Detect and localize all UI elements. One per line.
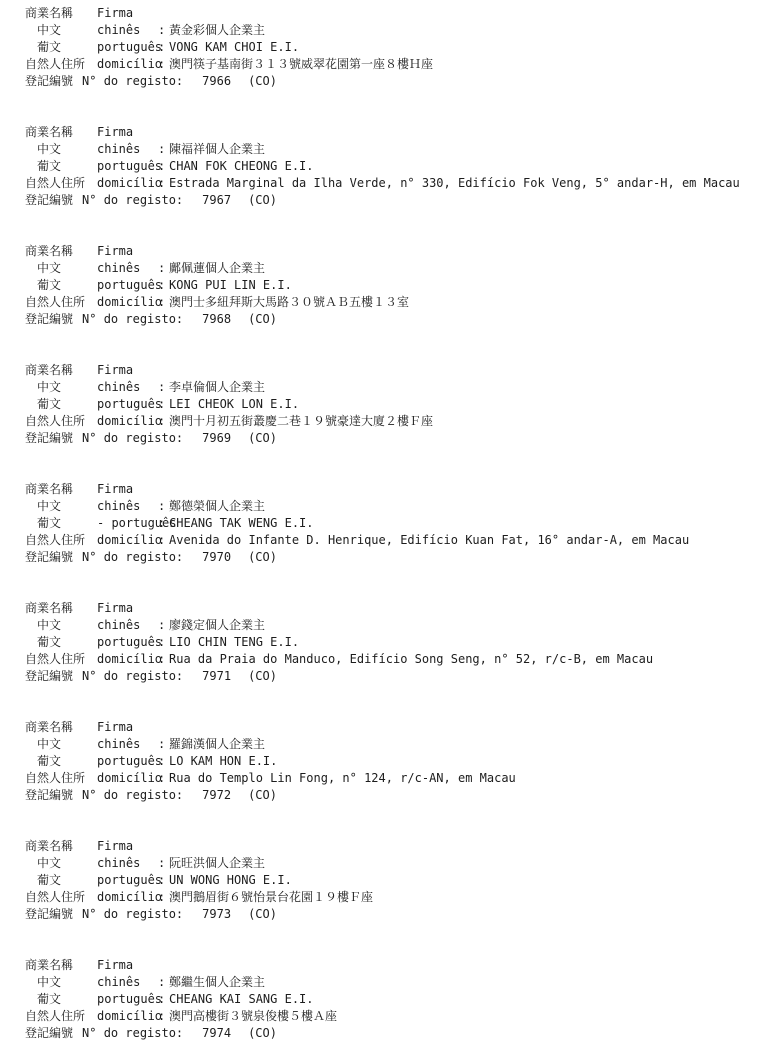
colon: : xyxy=(158,260,169,277)
domicile-row: 自然人住所domicílio:Rua do Templo Lin Fong, n… xyxy=(0,770,767,787)
domicile-label-zh: 自然人住所 xyxy=(25,413,97,430)
portuguese-name-value: LEI CHEOK LON E.I. xyxy=(169,396,299,413)
domicile-row: 自然人住所domicílio:澳門士多紐拜斯大馬路３０號ＡＢ五樓１３室 xyxy=(0,294,767,311)
domicile-value: 澳門高樓街３號泉俊樓５樓Ａ座 xyxy=(169,1008,337,1025)
chinese-label-zh: 中文 xyxy=(37,617,97,634)
chinese-name-row: 中文chinês:黃金彩個人企業主 xyxy=(0,22,767,39)
registry-label-pt: N° do registo: xyxy=(82,787,183,804)
colon: : xyxy=(158,396,169,413)
registry-label-zh: 登記編號 xyxy=(25,192,73,209)
chinese-label-pt: chinês xyxy=(97,855,158,872)
chinese-label-zh: 中文 xyxy=(37,141,97,158)
registry-label-zh: 登記編號 xyxy=(25,906,73,923)
registry-label-zh: 登記編號 xyxy=(25,430,73,447)
chinese-name-row: 中文chinês:阮旺洪個人企業主 xyxy=(0,855,767,872)
chinese-name-row: 中文chinês:鄺佩蓮個人企業主 xyxy=(0,260,767,277)
registry-number-value: 7966 xyxy=(202,73,231,90)
domicile-label-pt: domicílio xyxy=(97,294,158,311)
registry-suffix: (CO) xyxy=(248,549,277,566)
registry-record: 商業名稱Firma 中文chinês:鄭德榮個人企業主 葡文- portuguê… xyxy=(0,481,767,566)
domicile-label-pt: domicílio xyxy=(97,413,158,430)
domicile-value: Avenida do Infante D. Henrique, Edifício… xyxy=(169,532,689,549)
registry-record: 商業名稱Firma 中文chinês:廖錢定個人企業主 葡文português:… xyxy=(0,600,767,685)
registry-suffix: (CO) xyxy=(248,73,277,90)
domicile-label-pt: domicílio xyxy=(97,175,158,192)
colon: : xyxy=(158,294,169,311)
domicile-label-zh: 自然人住所 xyxy=(25,56,97,73)
registry-label-pt: N° do registo: xyxy=(82,906,183,923)
registry-number-row: 登記編號N° do registo:7972(CO) xyxy=(0,787,767,804)
registry-label-pt: N° do registo: xyxy=(82,668,183,685)
chinese-label-zh: 中文 xyxy=(37,498,97,515)
portuguese-label-zh: 葡文 xyxy=(37,396,97,413)
registry-record: 商業名稱Firma 中文chinês:鄭繼生個人企業主 葡文português:… xyxy=(0,957,767,1042)
chinese-label-zh: 中文 xyxy=(37,22,97,39)
registry-suffix: (CO) xyxy=(248,1025,277,1042)
firma-label-zh: 商業名稱 xyxy=(25,124,97,141)
registry-label-pt: N° do registo: xyxy=(82,1025,183,1042)
colon: : xyxy=(158,56,169,73)
registry-label-pt: N° do registo: xyxy=(82,311,183,328)
domicile-row: 自然人住所domicílio:Avenida do Infante D. Hen… xyxy=(0,532,767,549)
chinese-name-row: 中文chinês:鄭繼生個人企業主 xyxy=(0,974,767,991)
firma-label-pt: Firma xyxy=(97,243,133,260)
colon: : xyxy=(158,855,169,872)
registry-label-pt: N° do registo: xyxy=(82,549,183,566)
registry-label-zh: 登記編號 xyxy=(25,73,73,90)
registry-suffix: (CO) xyxy=(248,787,277,804)
chinese-name-value: 陳福祥個人企業主 xyxy=(169,141,265,158)
domicile-row: 自然人住所domicílio:澳門十月初五街叢慶二巷１９號豪達大廈２樓Ｆ座 xyxy=(0,413,767,430)
portuguese-label-pt: português xyxy=(97,39,158,56)
registry-record: 商業名稱Firma 中文chinês:陳福祥個人企業主 葡文português:… xyxy=(0,124,767,209)
firma-label-zh: 商業名稱 xyxy=(25,243,97,260)
registry-label-zh: 登記編號 xyxy=(25,787,73,804)
portuguese-name-value: UN WONG HONG E.I. xyxy=(169,872,292,889)
portuguese-name-row: 葡文português:LEI CHEOK LON E.I. xyxy=(0,396,767,413)
registry-number-row: 登記編號N° do registo:7973(CO) xyxy=(0,906,767,923)
portuguese-label-pt: - português xyxy=(97,515,158,532)
chinese-name-value: 阮旺洪個人企業主 xyxy=(169,855,265,872)
chinese-name-value: 黃金彩個人企業主 xyxy=(169,22,265,39)
chinese-label-zh: 中文 xyxy=(37,974,97,991)
firma-label-zh: 商業名稱 xyxy=(25,5,97,22)
registry-number-value: 7970 xyxy=(202,549,231,566)
firma-row: 商業名稱Firma xyxy=(0,957,767,974)
portuguese-label-zh: 葡文 xyxy=(37,872,97,889)
registry-suffix: (CO) xyxy=(248,906,277,923)
registry-number-row: 登記編號N° do registo:7968(CO) xyxy=(0,311,767,328)
chinese-name-value: 李卓倫個人企業主 xyxy=(169,379,265,396)
domicile-label-zh: 自然人住所 xyxy=(25,889,97,906)
chinese-name-row: 中文chinês:廖錢定個人企業主 xyxy=(0,617,767,634)
colon: : xyxy=(158,974,169,991)
firma-label-zh: 商業名稱 xyxy=(25,481,97,498)
domicile-label-zh: 自然人住所 xyxy=(25,651,97,668)
registry-number-value: 7967 xyxy=(202,192,231,209)
registry-label-pt: N° do registo: xyxy=(82,73,183,90)
colon: : xyxy=(158,39,169,56)
domicile-value: 澳門十月初五街叢慶二巷１９號豪達大廈２樓Ｆ座 xyxy=(169,413,433,430)
portuguese-label-pt: português xyxy=(97,991,158,1008)
chinese-label-pt: chinês xyxy=(97,498,158,515)
registry-number-value: 7968 xyxy=(202,311,231,328)
registry-record: 商業名稱Firma 中文chinês:鄺佩蓮個人企業主 葡文português:… xyxy=(0,243,767,328)
portuguese-name-value: CHEANG KAI SANG E.I. xyxy=(169,991,314,1008)
registry-record: 商業名稱Firma 中文chinês:黃金彩個人企業主 葡文português:… xyxy=(0,5,767,90)
firma-label-zh: 商業名稱 xyxy=(25,600,97,617)
portuguese-name-row: 葡文português:VONG KAM CHOI E.I. xyxy=(0,39,767,56)
registry-number-row: 登記編號N° do registo:7966(CO) xyxy=(0,73,767,90)
portuguese-label-pt: português xyxy=(97,158,158,175)
domicile-row: 自然人住所domicílio:澳門高樓街３號泉俊樓５樓Ａ座 xyxy=(0,1008,767,1025)
domicile-label-zh: 自然人住所 xyxy=(25,532,97,549)
domicile-row: 自然人住所domicílio:澳門筷子基南街３１３號威翠花園第一座８樓Ｈ座 xyxy=(0,56,767,73)
chinese-label-zh: 中文 xyxy=(37,855,97,872)
chinese-name-row: 中文chinês:陳福祥個人企業主 xyxy=(0,141,767,158)
firma-label-pt: Firma xyxy=(97,957,133,974)
portuguese-label-zh: 葡文 xyxy=(37,277,97,294)
portuguese-label-pt: português xyxy=(97,753,158,770)
registry-label-pt: N° do registo: xyxy=(82,192,183,209)
firma-row: 商業名稱Firma xyxy=(0,600,767,617)
firma-row: 商業名稱Firma xyxy=(0,719,767,736)
colon: : xyxy=(158,872,169,889)
colon: : xyxy=(158,617,169,634)
chinese-label-pt: chinês xyxy=(97,260,158,277)
domicile-value: 澳門筷子基南街３１３號威翠花園第一座８樓Ｈ座 xyxy=(169,56,433,73)
portuguese-name-value: CHEANG TAK WENG E.I. xyxy=(169,515,314,532)
firma-label-zh: 商業名稱 xyxy=(25,362,97,379)
registry-number-row: 登記編號N° do registo:7971(CO) xyxy=(0,668,767,685)
registry-number-value: 7971 xyxy=(202,668,231,685)
portuguese-name-value: LIO CHIN TENG E.I. xyxy=(169,634,299,651)
registry-label-pt: N° do registo: xyxy=(82,430,183,447)
portuguese-name-row: 葡文português:KONG PUI LIN E.I. xyxy=(0,277,767,294)
colon: : xyxy=(158,1008,169,1025)
chinese-label-pt: chinês xyxy=(97,379,158,396)
firma-label-pt: Firma xyxy=(97,124,133,141)
registry-number-row: 登記編號N° do registo:7967(CO) xyxy=(0,192,767,209)
domicile-value: Rua do Templo Lin Fong, n° 124, r/c-AN, … xyxy=(169,770,516,787)
portuguese-name-value: KONG PUI LIN E.I. xyxy=(169,277,292,294)
domicile-value: 澳門鵝眉街６號怡景台花園１９樓Ｆ座 xyxy=(169,889,373,906)
firma-row: 商業名稱Firma xyxy=(0,838,767,855)
colon: : xyxy=(158,736,169,753)
portuguese-label-zh: 葡文 xyxy=(37,991,97,1008)
firma-label-zh: 商業名稱 xyxy=(25,719,97,736)
firma-label-pt: Firma xyxy=(97,481,133,498)
colon: : xyxy=(158,141,169,158)
domicile-label-pt: domicílio xyxy=(97,770,158,787)
domicile-label-zh: 自然人住所 xyxy=(25,175,97,192)
colon: : xyxy=(158,277,169,294)
portuguese-label-pt: português xyxy=(97,872,158,889)
registry-label-zh: 登記編號 xyxy=(25,311,73,328)
registry-suffix: (CO) xyxy=(248,668,277,685)
chinese-label-pt: chinês xyxy=(97,974,158,991)
chinese-label-zh: 中文 xyxy=(37,736,97,753)
portuguese-label-zh: 葡文 xyxy=(37,515,97,532)
chinese-label-pt: chinês xyxy=(97,22,158,39)
portuguese-label-zh: 葡文 xyxy=(37,39,97,56)
domicile-label-zh: 自然人住所 xyxy=(25,294,97,311)
domicile-label-zh: 自然人住所 xyxy=(25,770,97,787)
colon: : xyxy=(158,889,169,906)
chinese-name-row: 中文chinês:羅錦漢個人企業主 xyxy=(0,736,767,753)
domicile-label-pt: domicílio xyxy=(97,889,158,906)
firma-label-pt: Firma xyxy=(97,5,133,22)
colon: : xyxy=(158,22,169,39)
firma-row: 商業名稱Firma xyxy=(0,362,767,379)
firma-row: 商業名稱Firma xyxy=(0,124,767,141)
registry-number-value: 7969 xyxy=(202,430,231,447)
domicile-row: 自然人住所domicílio:Rua da Praia do Manduco, … xyxy=(0,651,767,668)
domicile-value: Estrada Marginal da Ilha Verde, n° 330, … xyxy=(169,175,740,192)
chinese-name-value: 廖錢定個人企業主 xyxy=(169,617,265,634)
portuguese-name-row: 葡文português:CHEANG KAI SANG E.I. xyxy=(0,991,767,1008)
colon: : xyxy=(158,753,169,770)
registry-record: 商業名稱Firma 中文chinês:阮旺洪個人企業主 葡文português:… xyxy=(0,838,767,923)
registry-suffix: (CO) xyxy=(248,192,277,209)
domicile-label-zh: 自然人住所 xyxy=(25,1008,97,1025)
registry-number-row: 登記編號N° do registo:7974(CO) xyxy=(0,1025,767,1042)
colon: : xyxy=(158,498,169,515)
chinese-label-pt: chinês xyxy=(97,141,158,158)
portuguese-name-row: 葡文português:UN WONG HONG E.I. xyxy=(0,872,767,889)
domicile-row: 自然人住所domicílio:澳門鵝眉街６號怡景台花園１９樓Ｆ座 xyxy=(0,889,767,906)
portuguese-name-value: CHAN FOK CHEONG E.I. xyxy=(169,158,314,175)
registry-suffix: (CO) xyxy=(248,430,277,447)
portuguese-label-zh: 葡文 xyxy=(37,634,97,651)
firma-label-pt: Firma xyxy=(97,719,133,736)
colon: : xyxy=(158,634,169,651)
registry-number-row: 登記編號N° do registo:7970(CO) xyxy=(0,549,767,566)
firma-row: 商業名稱Firma xyxy=(0,481,767,498)
portuguese-label-pt: português xyxy=(97,634,158,651)
firma-label-zh: 商業名稱 xyxy=(25,838,97,855)
chinese-name-row: 中文chinês:李卓倫個人企業主 xyxy=(0,379,767,396)
colon: : xyxy=(158,532,169,549)
chinese-label-pt: chinês xyxy=(97,736,158,753)
colon: : xyxy=(158,770,169,787)
chinese-name-value: 羅錦漢個人企業主 xyxy=(169,736,265,753)
registry-record: 商業名稱Firma 中文chinês:李卓倫個人企業主 葡文português:… xyxy=(0,362,767,447)
registry-label-zh: 登記編號 xyxy=(25,549,73,566)
colon: : xyxy=(158,413,169,430)
registry-record: 商業名稱Firma 中文chinês:羅錦漢個人企業主 葡文português:… xyxy=(0,719,767,804)
portuguese-name-row: 葡文português:CHAN FOK CHEONG E.I. xyxy=(0,158,767,175)
domicile-value: 澳門士多紐拜斯大馬路３０號ＡＢ五樓１３室 xyxy=(169,294,409,311)
colon: : xyxy=(158,175,169,192)
domicile-value: Rua da Praia do Manduco, Edifício Song S… xyxy=(169,651,653,668)
domicile-label-pt: domicílio xyxy=(97,532,158,549)
registry-number-value: 7974 xyxy=(202,1025,231,1042)
portuguese-label-pt: português xyxy=(97,277,158,294)
chinese-name-value: 鄺佩蓮個人企業主 xyxy=(169,260,265,277)
chinese-name-value: 鄭繼生個人企業主 xyxy=(169,974,265,991)
chinese-label-pt: chinês xyxy=(97,617,158,634)
portuguese-label-zh: 葡文 xyxy=(37,158,97,175)
registry-number-value: 7972 xyxy=(202,787,231,804)
chinese-name-value: 鄭德榮個人企業主 xyxy=(169,498,265,515)
firma-label-pt: Firma xyxy=(97,838,133,855)
registry-label-zh: 登記編號 xyxy=(25,1025,73,1042)
chinese-label-zh: 中文 xyxy=(37,379,97,396)
domicile-label-pt: domicílio xyxy=(97,1008,158,1025)
colon: : xyxy=(158,651,169,668)
colon: : xyxy=(158,991,169,1008)
firma-row: 商業名稱Firma xyxy=(0,5,767,22)
portuguese-name-row: 葡文- português:CHEANG TAK WENG E.I. xyxy=(0,515,767,532)
firma-label-pt: Firma xyxy=(97,362,133,379)
colon: : xyxy=(158,379,169,396)
colon: : xyxy=(158,515,169,532)
registry-label-zh: 登記編號 xyxy=(25,668,73,685)
portuguese-name-row: 葡文português:LIO CHIN TENG E.I. xyxy=(0,634,767,651)
portuguese-label-pt: português xyxy=(97,396,158,413)
chinese-label-zh: 中文 xyxy=(37,260,97,277)
colon: : xyxy=(158,158,169,175)
registry-number-value: 7973 xyxy=(202,906,231,923)
portuguese-name-value: VONG KAM CHOI E.I. xyxy=(169,39,299,56)
chinese-name-row: 中文chinês:鄭德榮個人企業主 xyxy=(0,498,767,515)
registry-suffix: (CO) xyxy=(248,311,277,328)
portuguese-name-row: 葡文português:LO KAM HON E.I. xyxy=(0,753,767,770)
domicile-row: 自然人住所domicílio:Estrada Marginal da Ilha … xyxy=(0,175,767,192)
portuguese-label-zh: 葡文 xyxy=(37,753,97,770)
firma-label-pt: Firma xyxy=(97,600,133,617)
firma-label-zh: 商業名稱 xyxy=(25,957,97,974)
registry-page: 商業名稱Firma 中文chinês:黃金彩個人企業主 葡文português:… xyxy=(0,0,767,1042)
domicile-label-pt: domicílio xyxy=(97,651,158,668)
registry-number-row: 登記編號N° do registo:7969(CO) xyxy=(0,430,767,447)
firma-row: 商業名稱Firma xyxy=(0,243,767,260)
portuguese-name-value: LO KAM HON E.I. xyxy=(169,753,277,770)
domicile-label-pt: domicílio xyxy=(97,56,158,73)
